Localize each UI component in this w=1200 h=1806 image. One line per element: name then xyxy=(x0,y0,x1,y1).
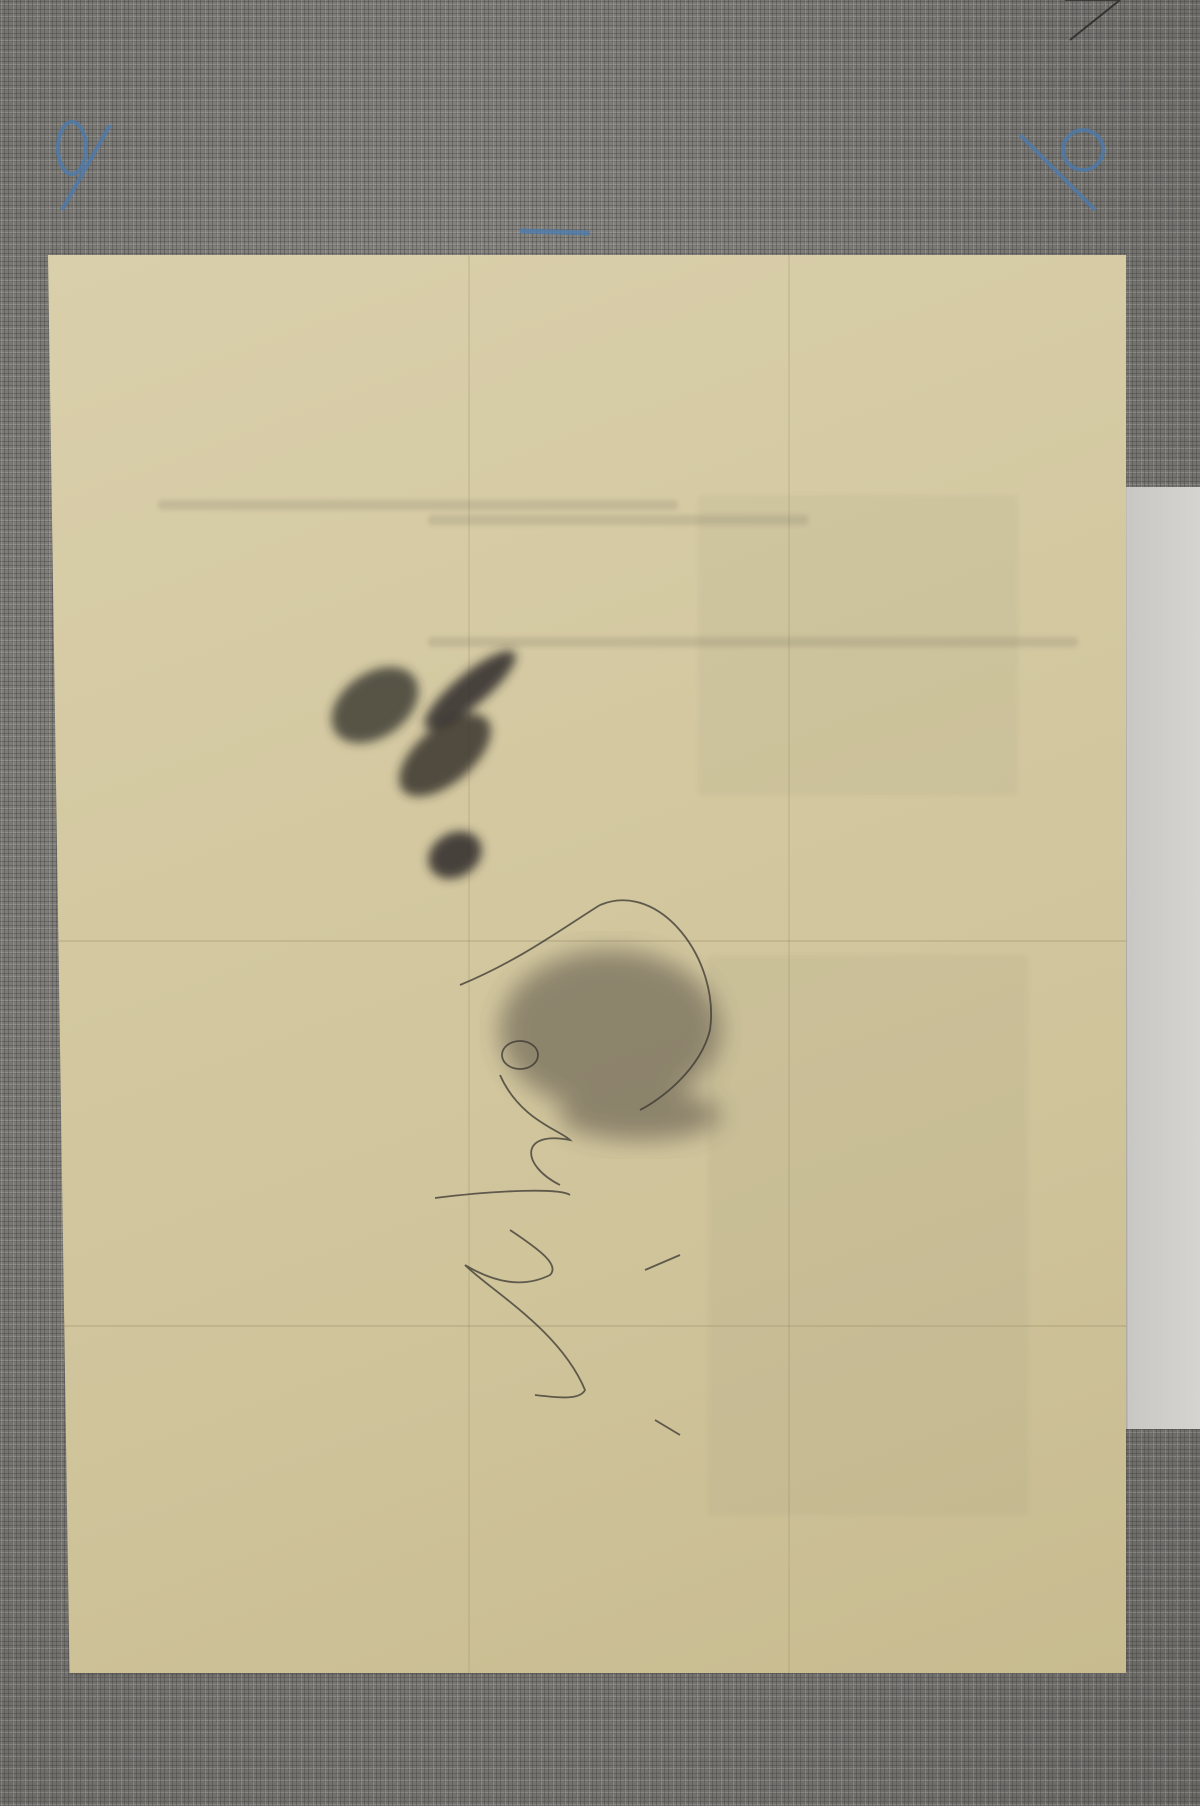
charcoal-smudges-and-scribbles xyxy=(0,0,1200,1806)
